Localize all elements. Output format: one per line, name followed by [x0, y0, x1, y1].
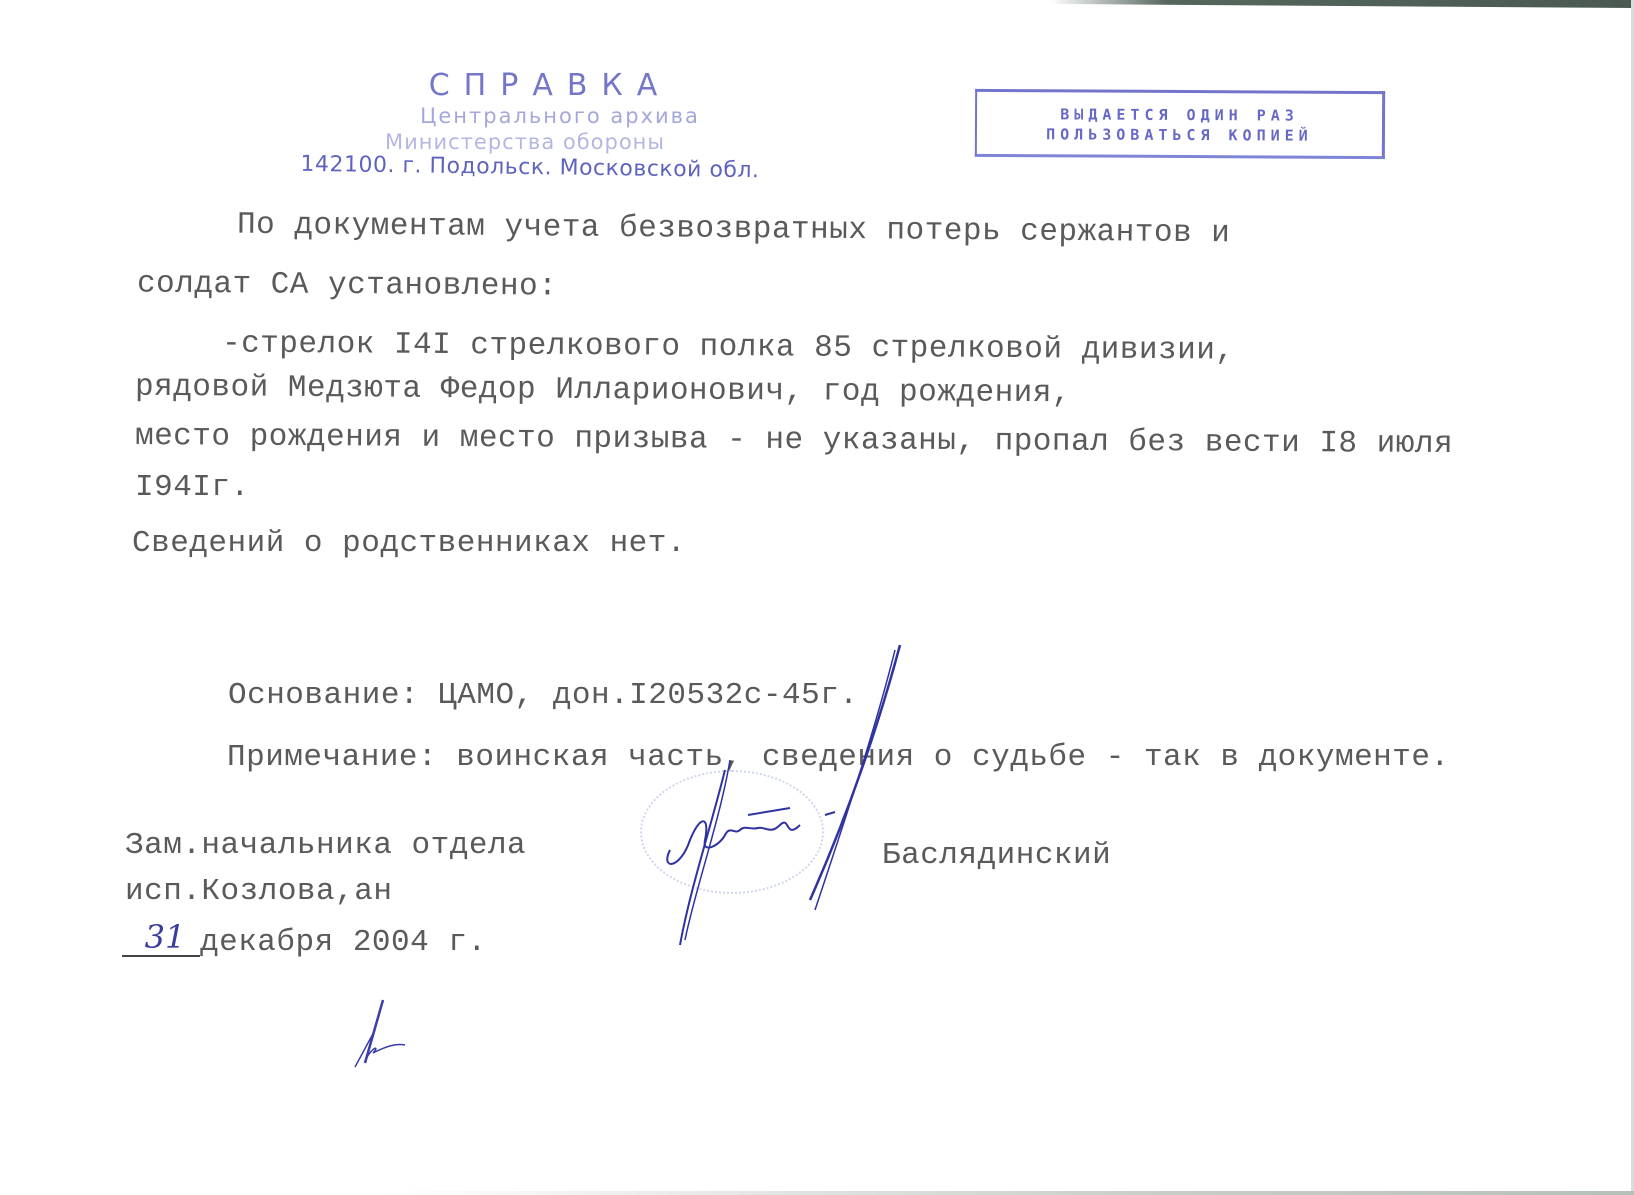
- body-line-6: I94Iг.: [135, 470, 250, 505]
- stamp-archive-name: Центрального архива: [310, 103, 810, 129]
- scan-edge-top: [1050, 0, 1634, 8]
- stamp-box-line1: ВЫДАЕТСЯ ОДИН РАЗ: [977, 104, 1382, 126]
- body-line-1: По документам учета безвозвратных потерь…: [237, 208, 1231, 252]
- body-line-4: рядовой Медзюта Федор Илларионович, год …: [135, 370, 1071, 412]
- stamp-address: 142100. г. Подольск. Московской обл.: [250, 151, 810, 185]
- body-line-2: солдат СА установлено:: [137, 267, 558, 305]
- date-underline: [122, 955, 200, 957]
- initials-mark-icon: [345, 995, 415, 1070]
- issued-once-stamp: ВЫДАЕТСЯ ОДИН РАЗ ПОЛЬЗОВАТЬСЯ КОПИЕЙ: [975, 89, 1385, 159]
- body-line-7: Сведений о родственниках нет.: [132, 526, 686, 561]
- stamp-title: СПРАВКА: [290, 68, 810, 103]
- body-line-5: место рождения и место призыва - не указ…: [135, 419, 1453, 462]
- stamp-ministry: Министерства обороны: [240, 129, 810, 155]
- date-day-handwritten: 31: [130, 918, 200, 956]
- executor-line: исп.Козлова,ан: [125, 874, 392, 909]
- archive-header-stamp: СПРАВКА Центрального архива Министерства…: [270, 68, 810, 181]
- body-line-3: -стрелок I4I стрелкового полка 85 стрелк…: [222, 326, 1235, 368]
- scan-edge-bottom: [380, 1191, 1634, 1195]
- signatory-name: Баслядинский: [882, 838, 1111, 873]
- signature-icon: [650, 640, 910, 960]
- date-rest: декабря 2004 г.: [200, 925, 487, 960]
- signatory-position: Зам.начальника отдела: [125, 828, 526, 863]
- stamp-box-line2: ПОЛЬЗОВАТЬСЯ КОПИЕЙ: [977, 124, 1382, 146]
- document-page: СПРАВКА Центрального архива Министерства…: [0, 0, 1634, 1195]
